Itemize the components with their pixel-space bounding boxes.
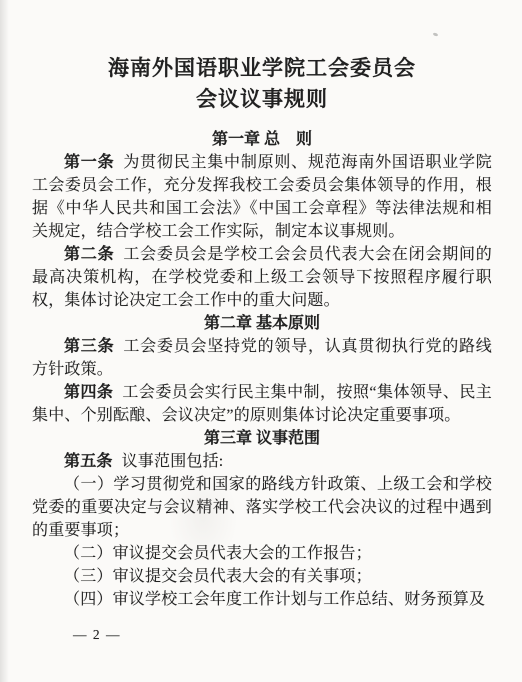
article-5-paragraph: 第五条议事范围包括: — [32, 450, 492, 473]
scope-item-2: （二）审议提交会员代表大会的工作报告； — [32, 542, 492, 565]
article-4-number: 第四条 — [64, 384, 113, 401]
article-5-number: 第五条 — [64, 453, 113, 470]
chapter-3-heading: 第三章 议事范围 — [32, 427, 492, 450]
article-3-paragraph: 第三条工会委员会坚持党的领导，认真贯彻执行党的路线方针政策。 — [32, 335, 492, 381]
article-2-number: 第二条 — [64, 246, 114, 263]
scan-speck — [433, 32, 439, 37]
chapter-2-heading: 第二章 基本原则 — [32, 312, 492, 335]
article-5-text: 议事范围包括: — [122, 453, 224, 470]
scope-item-3: （三）审议提交会员代表大会的有关事项； — [32, 565, 492, 588]
scan-edge-shadow — [0, 0, 9, 682]
doc-title-line1: 海南外国语职业学院工会委员会 — [32, 53, 492, 84]
scope-item-1: （一）学习贯彻党和国家的路线方针政策、上级工会和学校党委的重要决定与会议精神、落… — [32, 473, 492, 542]
article-3-number: 第三条 — [64, 338, 114, 355]
article-2-paragraph: 第二条工会委员会是学校工会会员代表大会在闭会期间的最高决策机构，在学校党委和上级… — [32, 243, 492, 312]
article-1-paragraph: 第一条为贯彻民主集中制原则、规范海南外国语职业学院工会委员会工作，充分发挥我校工… — [32, 151, 492, 243]
document-page: 海南外国语职业学院工会委员会 会议议事规则 第一章 总 则 第一条为贯彻民主集中… — [0, 0, 522, 682]
doc-title-line2: 会议议事规则 — [32, 84, 492, 115]
page-number: — 2 — — [73, 627, 492, 643]
article-4-paragraph: 第四条工会委员会实行民主集中制，按照“集体领导、民主集中、个别酝酿、会议决定”的… — [32, 381, 492, 427]
chapter-1-heading: 第一章 总 则 — [32, 128, 492, 151]
scope-item-4: （四）审议学校工会年度工作计划与工作总结、财务预算及 — [32, 588, 492, 611]
article-1-number: 第一条 — [64, 154, 114, 171]
